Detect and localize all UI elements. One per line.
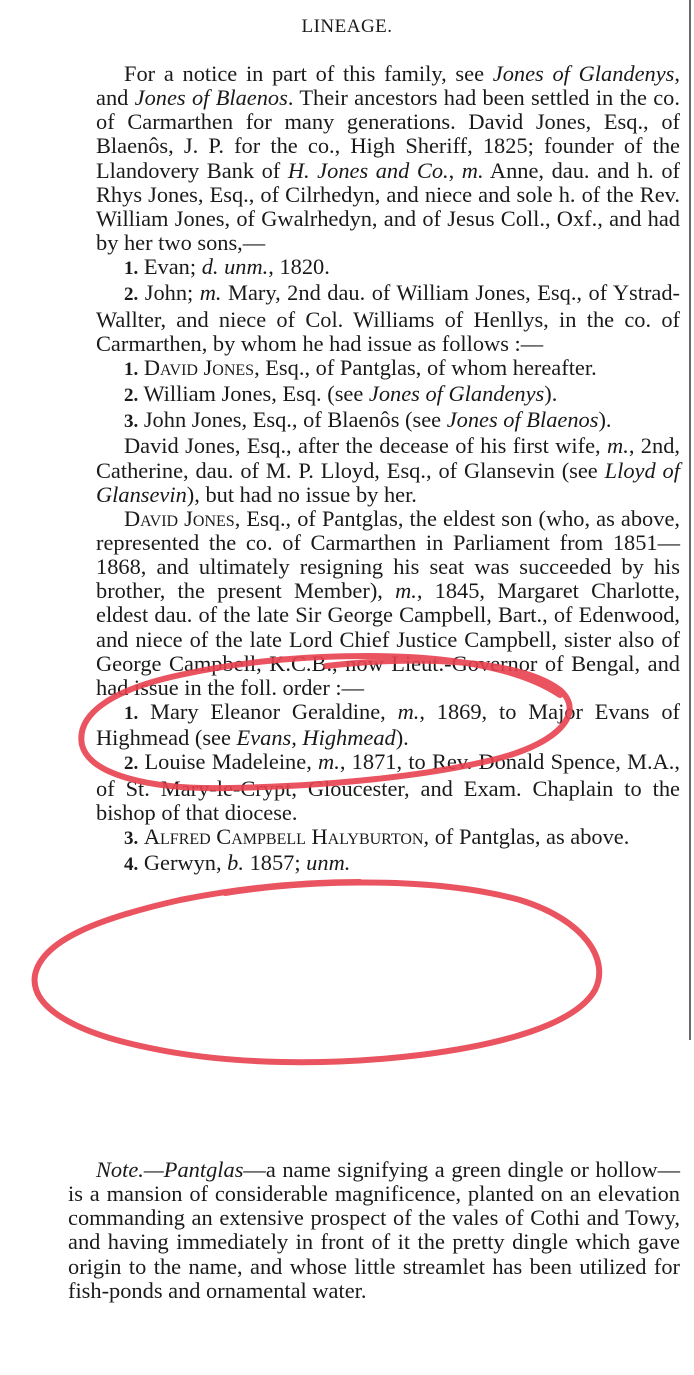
issue-entry-2: 2. William Jones, Esq. (see Jones of Gla…: [96, 382, 680, 408]
page-edge-rule: [689, 0, 691, 1040]
son-entry-1: 1. Evan; d. unm., 1820.: [96, 255, 680, 281]
issue-entry-1: 1. David Jones, Esq., of Pantglas, of wh…: [96, 356, 680, 382]
second-marriage-paragraph: David Jones, Esq., after the decease of …: [96, 434, 680, 506]
child-entry-2: 2. Louise Madeleine, m., 1871, to Rev. D…: [96, 750, 680, 824]
page-heading: LINEAGE.: [0, 16, 694, 38]
son-entry-2: 2. John; m. Mary, 2nd dau. of William Jo…: [96, 281, 680, 355]
pantglas-paragraph: David Jones, Esq., of Pantglas, the elde…: [96, 507, 680, 700]
intro-paragraph: For a notice in part of this family, see…: [96, 62, 680, 255]
note-paragraph: Note.—Pantglas—a name signifying a green…: [68, 1158, 680, 1303]
annotation-circle-children: [35, 882, 600, 1062]
issue-entry-3: 3. John Jones, Esq., of Blaenôs (see Jon…: [96, 408, 680, 434]
child-entry-1: 1. Mary Eleanor Geraldine, m., 1869, to …: [96, 700, 680, 750]
child-entry-3: 3. Alfred Campbell Halyburton, of Pantgl…: [96, 825, 680, 851]
lineage-body: For a notice in part of this family, see…: [96, 62, 680, 877]
child-entry-4: 4. Gerwyn, b. 1857; unm.: [96, 851, 680, 877]
